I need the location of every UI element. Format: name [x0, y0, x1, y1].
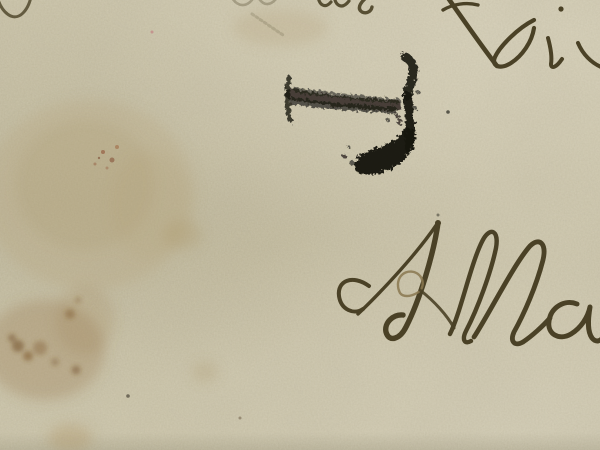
ink-speck [348, 146, 351, 149]
stain-blot [162, 220, 202, 250]
stain-speck [12, 340, 24, 352]
stain-speck [72, 366, 81, 375]
i-dot [558, 6, 563, 11]
stain-speck [75, 297, 81, 303]
document-photo [0, 0, 600, 450]
stain-speck [65, 309, 75, 319]
dark-speck [437, 214, 440, 217]
ink-speck [386, 118, 390, 122]
stain-speck [23, 351, 33, 361]
stain-speck [94, 163, 97, 166]
pink-speck [151, 31, 154, 34]
stain-blot [232, 10, 328, 46]
stain-speck [110, 158, 115, 163]
ink-speck [397, 119, 403, 125]
ink-speck [413, 106, 417, 110]
stain-speck [106, 167, 109, 170]
stain-speck [51, 358, 59, 366]
ink-speck [395, 114, 400, 119]
stain-speck [101, 150, 105, 154]
ink-speck [350, 161, 355, 166]
stain-speck [33, 341, 47, 355]
stain-speck [8, 334, 16, 342]
ink-speck [342, 154, 346, 158]
stain-speck [115, 145, 119, 149]
ink-speck [416, 90, 420, 94]
document-artwork [0, 0, 600, 450]
stain-blot [55, 285, 115, 355]
dark-speck [126, 394, 130, 398]
stain-speck [98, 157, 100, 159]
dark-speck [446, 110, 450, 114]
stain-blot [192, 362, 218, 382]
dark-speck [239, 417, 242, 420]
